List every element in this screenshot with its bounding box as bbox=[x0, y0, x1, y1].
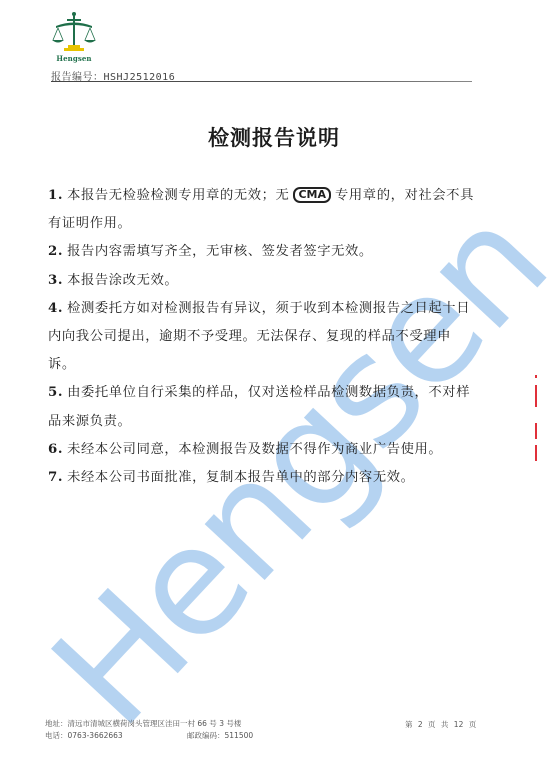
scales-of-justice-icon bbox=[51, 10, 97, 54]
item-number: 2. bbox=[48, 244, 63, 259]
item-text: 未经本公司书面批准，复制本报告单中的部分内容无效。 bbox=[67, 470, 414, 485]
list-item: 3.本报告涂改无效。 bbox=[48, 267, 478, 295]
item-text: 检测委托方如对检测报告有异议，须于收到本检测报告之日起十日内向我公司提出，逾期不… bbox=[48, 301, 470, 372]
item-number: 4. bbox=[48, 301, 63, 316]
item-text: 本报告无检验检测专用章的无效；无 bbox=[67, 188, 289, 203]
header-divider bbox=[51, 81, 472, 82]
company-logo: Hengsen bbox=[51, 10, 97, 62]
list-item: 2.报告内容需填写齐全，无审核、签发者签字无效。 bbox=[48, 238, 478, 266]
item-text: 未经本公司同意，本检测报告及数据不得作为商业广告使用。 bbox=[67, 442, 442, 457]
list-item: 1.本报告无检验检测专用章的无效；无CMA专用章的，对社会不具有证明作用。 bbox=[48, 182, 478, 238]
item-number: 7. bbox=[48, 470, 63, 485]
stamp-fragment bbox=[535, 445, 537, 461]
seam-stamp bbox=[535, 375, 541, 465]
page-title: 检测报告说明 bbox=[0, 122, 548, 152]
document-page: Hengsen 报告编号：HSHJ2512016 检测报告说明 Hengsen … bbox=[0, 0, 548, 772]
page-number: 第 2 页 共 12 页 bbox=[405, 719, 476, 730]
list-item: 6.未经本公司同意，本检测报告及数据不得作为商业广告使用。 bbox=[48, 436, 478, 464]
item-text: 由委托单位自行采集的样品，仅对送检样品检测数据负责，不对样品来源负责。 bbox=[48, 385, 470, 428]
instructions-list: 1.本报告无检验检测专用章的无效；无CMA专用章的，对社会不具有证明作用。 2.… bbox=[48, 182, 478, 492]
stamp-fragment bbox=[535, 423, 537, 439]
list-item: 4.检测委托方如对检测报告有异议，须于收到本检测报告之日起十日内向我公司提出，逾… bbox=[48, 295, 478, 380]
stamp-fragment bbox=[535, 375, 537, 378]
item-number: 5. bbox=[48, 385, 63, 400]
list-item: 7.未经本公司书面批准，复制本报告单中的部分内容无效。 bbox=[48, 464, 478, 492]
footer-address: 地址：清远市清城区横荷岗头管理区洼田一村 66 号 3 号楼 bbox=[45, 718, 241, 730]
footer-contact: 地址：清远市清城区横荷岗头管理区洼田一村 66 号 3 号楼 电话：0763-3… bbox=[45, 718, 241, 742]
item-text: 本报告涂改无效。 bbox=[67, 273, 178, 288]
logo-wordmark: Hengsen bbox=[51, 54, 97, 63]
item-number: 3. bbox=[48, 273, 63, 288]
stamp-fragment bbox=[535, 385, 537, 407]
item-number: 1. bbox=[48, 188, 63, 203]
item-number: 6. bbox=[48, 442, 63, 457]
footer-postal-code: 邮政编码：511500 bbox=[187, 730, 253, 742]
item-text: 报告内容需填写齐全，无审核、签发者签字无效。 bbox=[67, 244, 373, 259]
cma-mark-icon: CMA bbox=[293, 187, 331, 203]
list-item: 5.由委托单位自行采集的样品，仅对送检样品检测数据负责，不对样品来源负责。 bbox=[48, 379, 478, 435]
